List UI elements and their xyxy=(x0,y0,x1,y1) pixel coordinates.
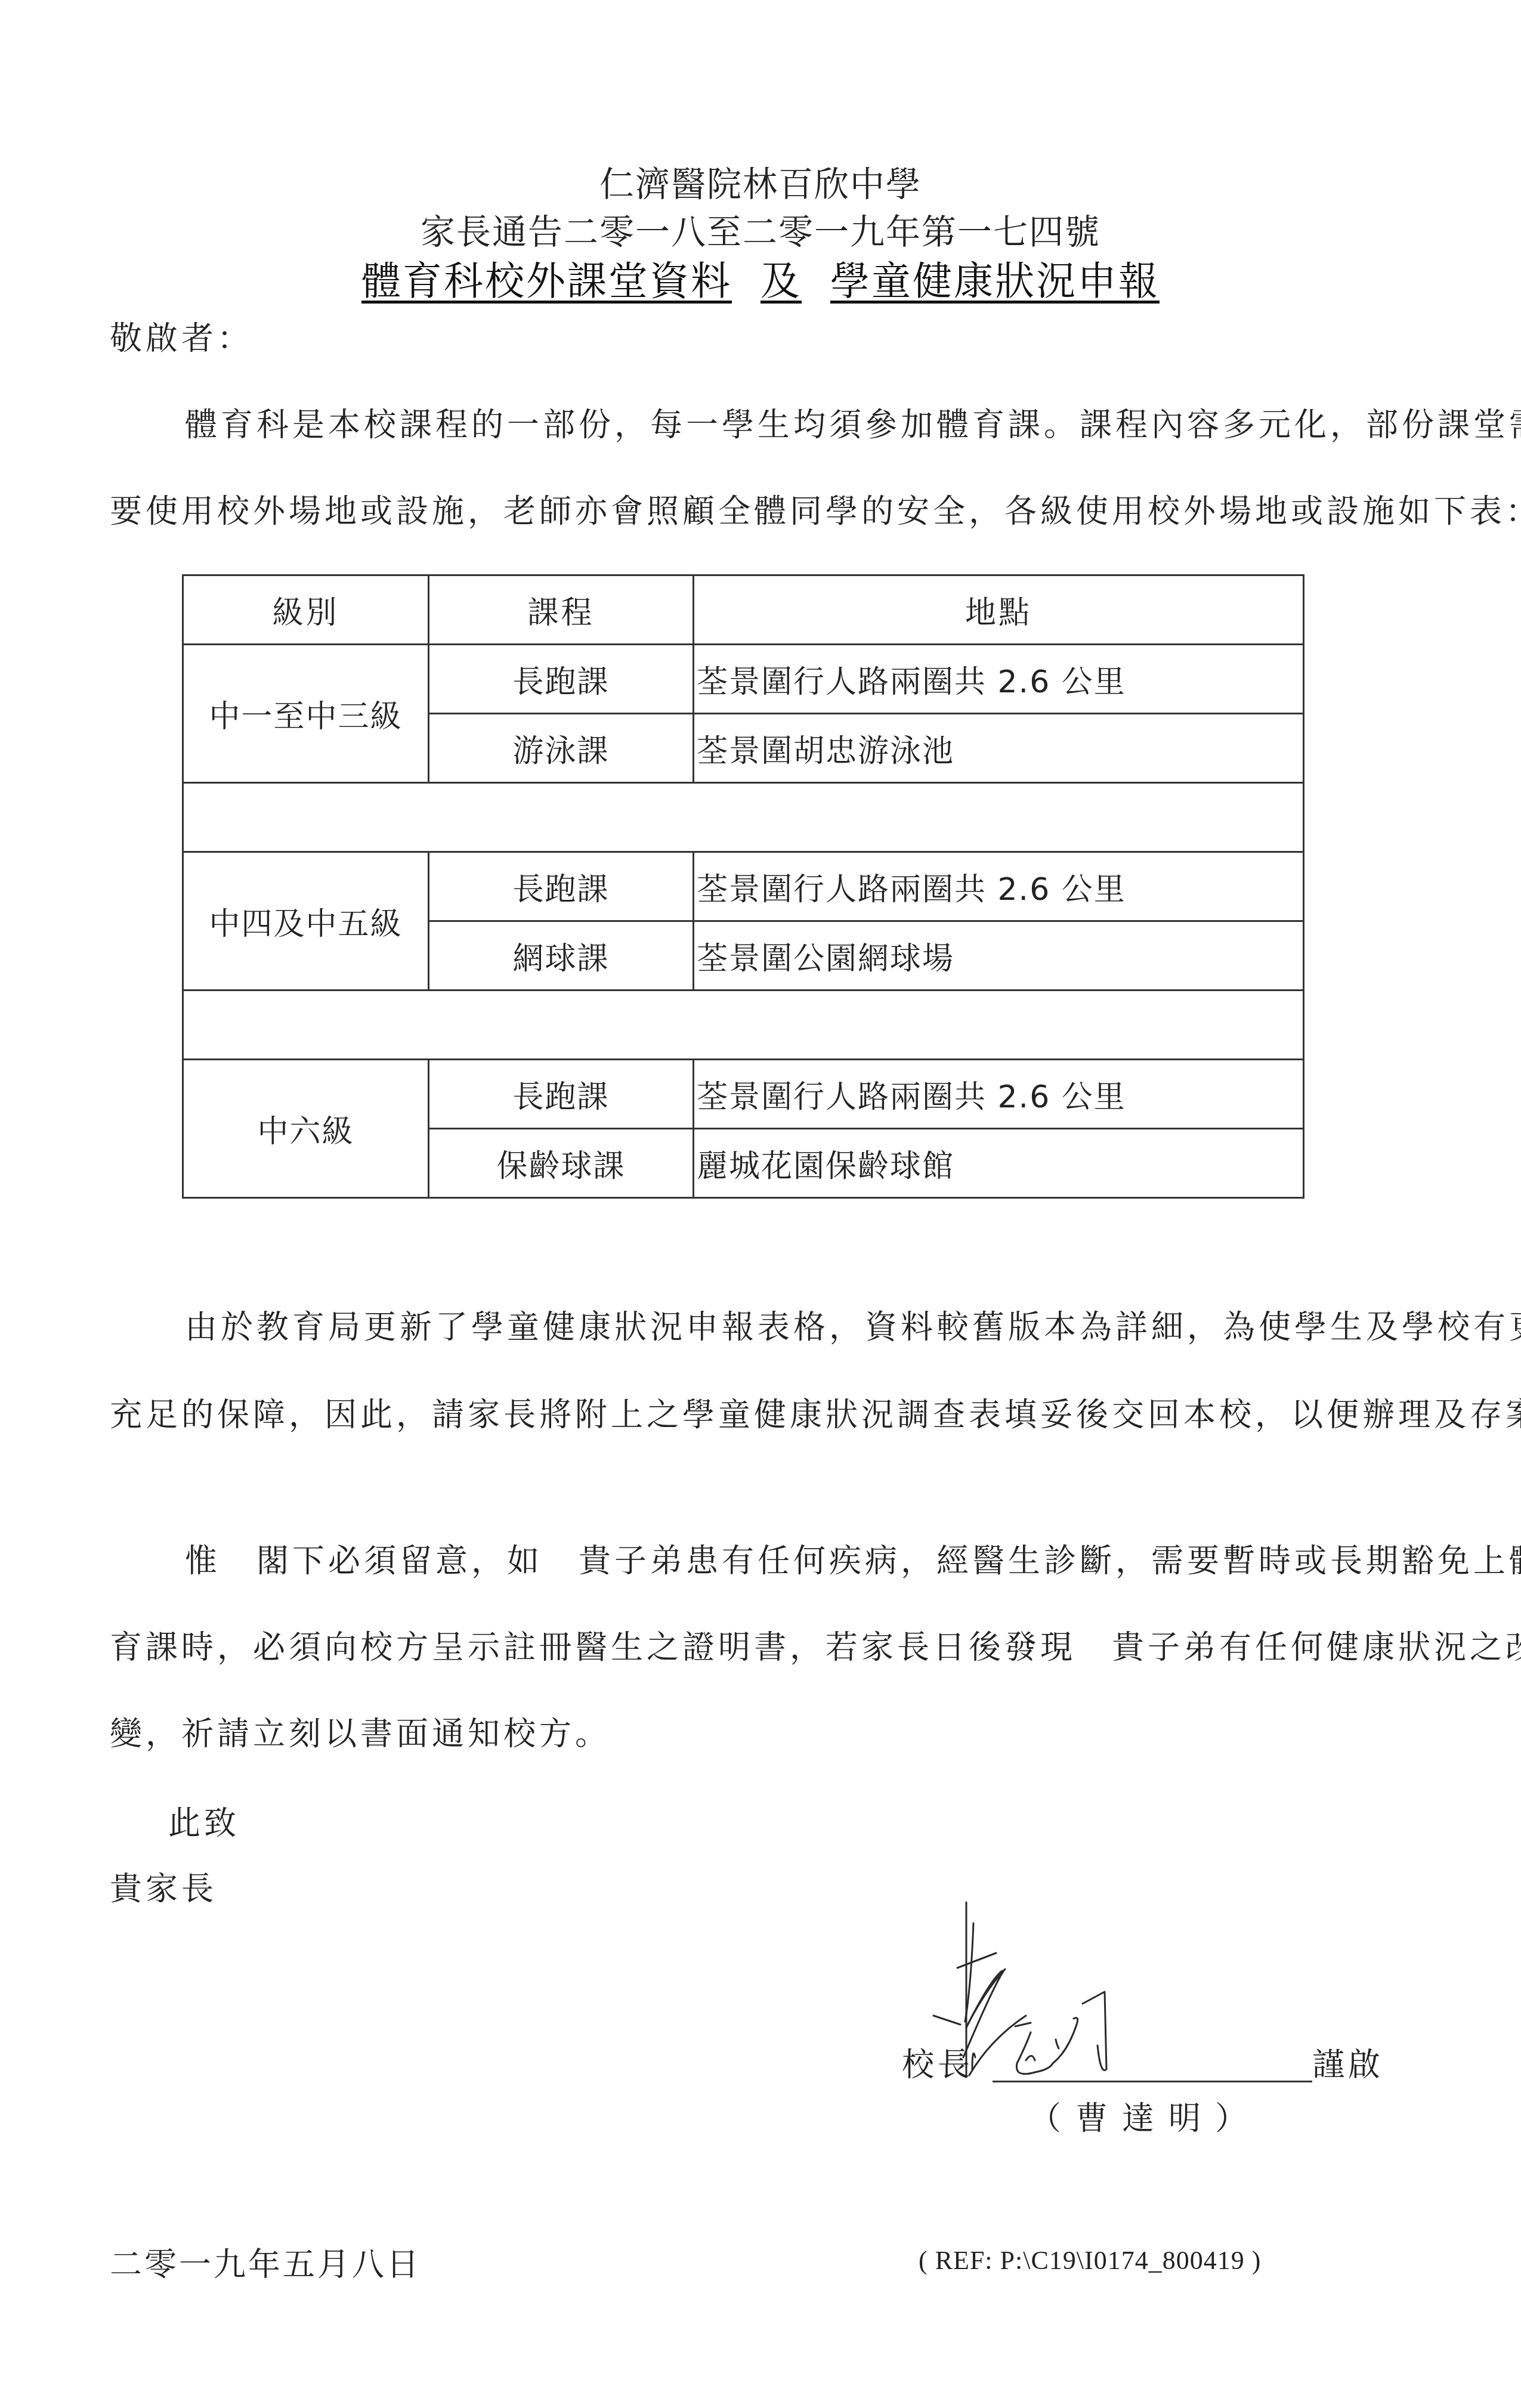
closing-recipient: 貴家長 xyxy=(110,1864,217,1909)
venue-cell: 荃景圍行人路兩圈共 2.6 公里 xyxy=(694,645,1304,714)
spacer-cell xyxy=(183,991,1304,1060)
signature-line xyxy=(993,2081,1312,2082)
title-part-pe-venues: 體育科校外課堂資料 xyxy=(361,258,732,304)
venue-table: 級別 課程 地點 中一至中三級 長跑課 荃景圍行人路兩圈共 2.6 公里 游泳課… xyxy=(182,574,1304,1199)
paragraph-3-line-1: 惟 閣下必須留意，如 貴子弟患有任何疾病，經醫生診斷，需要暫時或長期豁免上體 xyxy=(185,1536,1521,1581)
notice-number: 家長通告二零一八至二零一九年第一七四號 xyxy=(0,204,1521,254)
venue-cell: 麗城花園保齡球館 xyxy=(694,1129,1304,1198)
course-cell: 保齡球課 xyxy=(429,1129,694,1198)
table-row: 中四及中五級 長跑課 荃景圍行人路兩圈共 2.6 公里 xyxy=(183,852,1304,921)
paragraph-2-line-2: 充足的保障，因此，請家長將附上之學童健康狀況調查表填妥後交回本校，以便辦理及存案… xyxy=(110,1389,1521,1435)
level-cell: 中四及中五級 xyxy=(183,852,429,991)
paragraph-3-line-3: 變，祈請立刻以書面通知校方。 xyxy=(110,1708,611,1754)
header-venue: 地點 xyxy=(694,575,1304,645)
title-part-health-report: 學童健康狀況申報 xyxy=(830,258,1160,304)
school-name: 仁濟醫院林百欣中學 xyxy=(0,156,1521,206)
title-conjunction: 及 xyxy=(760,258,802,304)
level-cell: 中六級 xyxy=(183,1060,429,1198)
signature-closing: 謹啟 xyxy=(1312,2039,1384,2085)
venue-cell: 荃景圍胡忠游泳池 xyxy=(694,714,1304,783)
reference-code: ( REF: P:\C19\I0174_800419 ) xyxy=(919,2245,1261,2276)
venue-cell: 荃景圍公園網球場 xyxy=(694,921,1304,991)
venue-cell: 荃景圍行人路兩圈共 2.6 公里 xyxy=(694,852,1304,921)
greeting: 敬啟者： xyxy=(110,313,253,359)
document-title: 體育科校外課堂資料 及 學童健康狀況申報 xyxy=(0,249,1521,306)
venue-cell: 荃景圍行人路兩圈共 2.6 公里 xyxy=(694,1060,1304,1129)
course-cell: 長跑課 xyxy=(429,1060,694,1129)
course-cell: 網球課 xyxy=(429,921,694,991)
table-header-row: 級別 課程 地點 xyxy=(183,575,1304,645)
paragraph-1-line-2: 要使用校外場地或設施，老師亦會照顧全體同學的安全，各級使用校外場地或設施如下表： xyxy=(110,486,1521,532)
paragraph-3-line-2: 育課時，必須向校方呈示註冊醫生之證明書，若家長日後發現 貴子弟有任何健康狀況之改 xyxy=(110,1622,1521,1668)
spacer-cell xyxy=(183,783,1304,852)
level-cell: 中一至中三級 xyxy=(183,645,429,783)
principal-name: （曹達明） xyxy=(978,2093,1312,2139)
paragraph-2-line-1: 由於教育局更新了學童健康狀況申報表格，資料較舊版本為詳細，為使學生及學校有更 xyxy=(185,1302,1521,1348)
issue-date: 二零一九年五月八日 xyxy=(110,2239,421,2285)
table-row: 中六級 長跑課 荃景圍行人路兩圈共 2.6 公里 xyxy=(183,1060,1304,1129)
course-cell: 長跑課 xyxy=(429,645,694,714)
header-course: 課程 xyxy=(429,575,694,645)
course-cell: 長跑課 xyxy=(429,852,694,921)
spacer-row xyxy=(183,783,1304,852)
header-level: 級別 xyxy=(183,575,429,645)
table-row: 中一至中三級 長跑課 荃景圍行人路兩圈共 2.6 公里 xyxy=(183,645,1304,714)
spacer-row xyxy=(183,991,1304,1060)
paragraph-1-line-1: 體育科是本校課程的一部份，每一學生均須參加體育課。課程內容多元化，部份課堂需 xyxy=(185,400,1521,445)
principal-label: 校長 xyxy=(902,2039,973,2085)
course-cell: 游泳課 xyxy=(429,714,694,783)
closing-salutation: 此致 xyxy=(168,1798,240,1844)
